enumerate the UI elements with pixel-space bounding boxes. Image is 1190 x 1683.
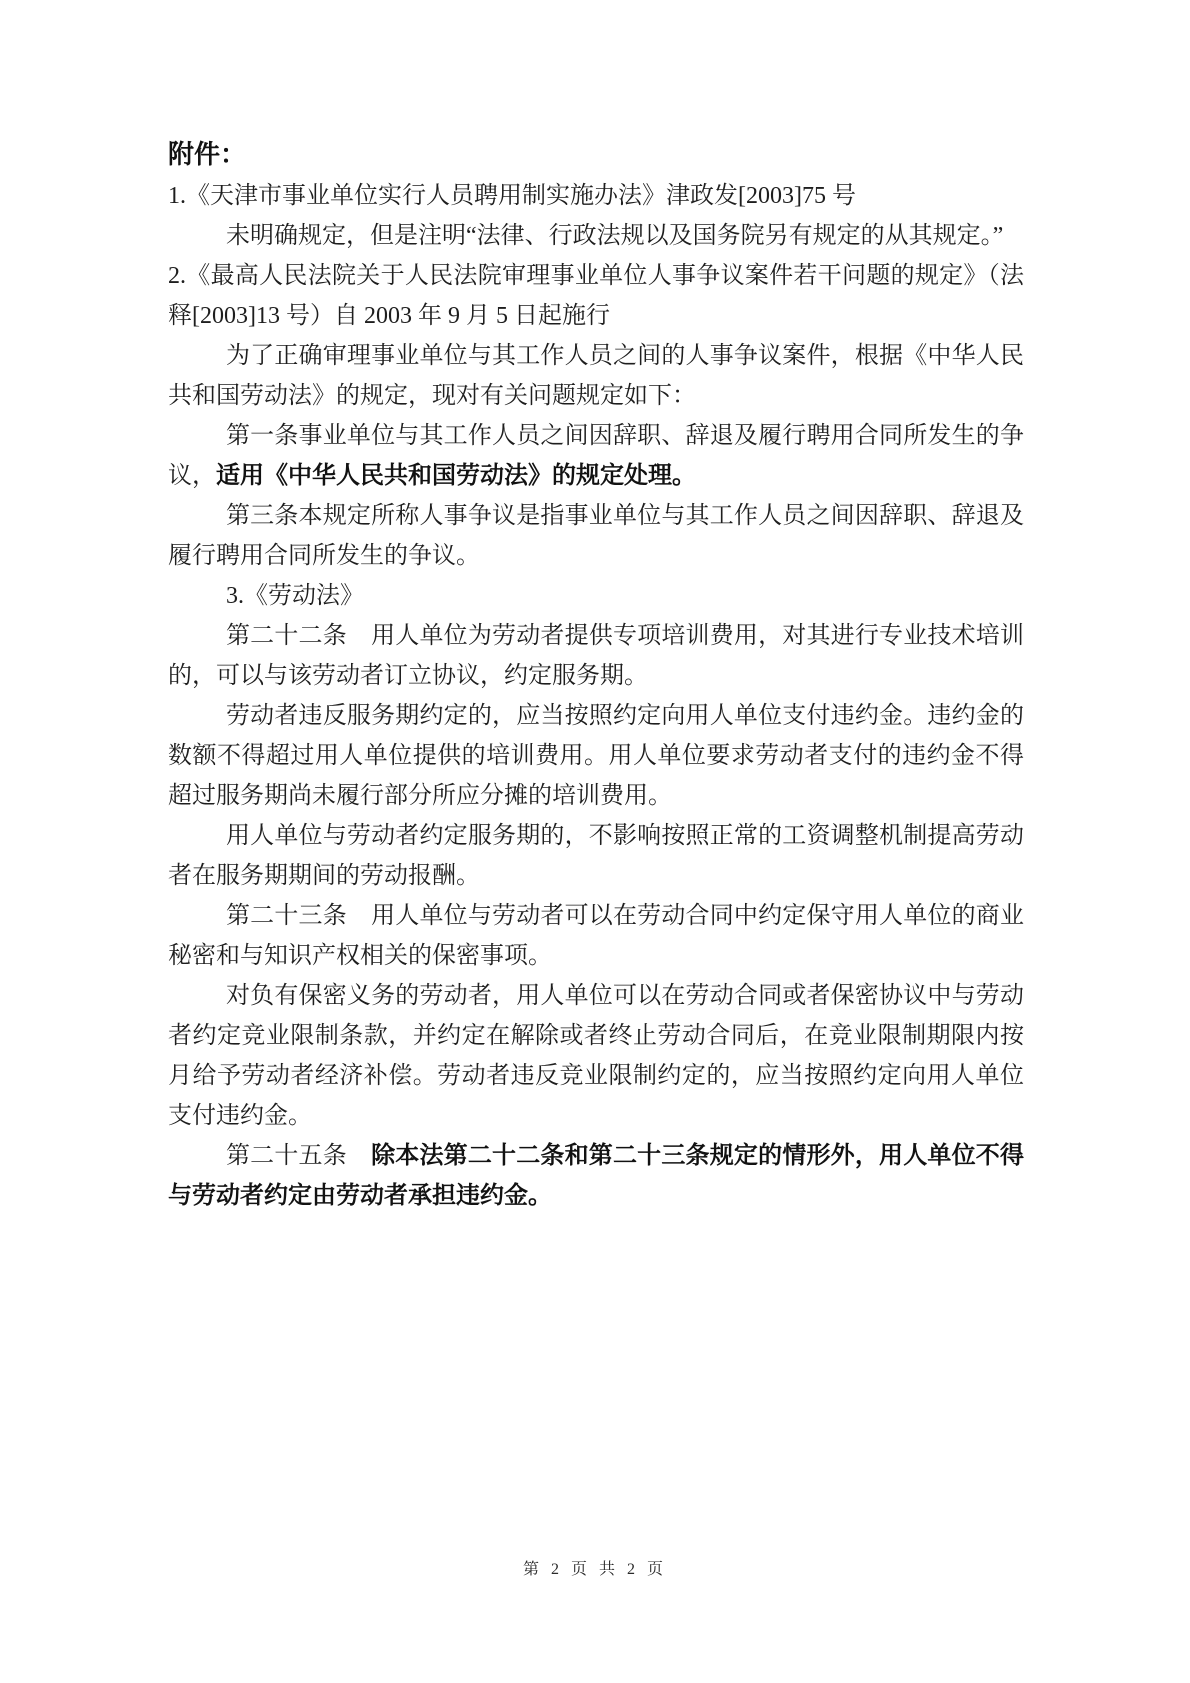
text-run: 2.《最高人民法院关于人民法院审理事业单位人事争议案件若干问题的规定》（法释[2… (168, 263, 1024, 329)
text-run: 第三条本规定所称人事争议是指事业单位与其工作人员之间因辞职、辞退及履行聘用合同所… (168, 503, 1024, 569)
paragraph: 第二十三条 用人单位与劳动者可以在劳动合同中约定保守用人单位的商业秘密和与知识产… (168, 896, 1024, 976)
document-title-paragraph: 附件： (168, 134, 1024, 176)
paragraph: 第三条本规定所称人事争议是指事业单位与其工作人员之间因辞职、辞退及履行聘用合同所… (168, 496, 1024, 576)
paragraph: 为了正确审理事业单位与其工作人员之间的人事争议案件，根据《中华人民共和国劳动法》… (168, 336, 1024, 416)
document-page: 附件：1.《天津市事业单位实行人员聘用制实施办法》津政发[2003]75 号未明… (0, 0, 1190, 1683)
paragraph: 第二十五条 除本法第二十二条和第二十三条规定的情形外，用人单位不得与劳动者约定由… (168, 1136, 1024, 1216)
paragraph: 未明确规定，但是注明“法律、行政法规以及国务院另有规定的从其规定。” (168, 216, 1024, 256)
document-body: 附件：1.《天津市事业单位实行人员聘用制实施办法》津政发[2003]75 号未明… (168, 134, 1024, 1216)
paragraph: 第一条事业单位与其工作人员之间因辞职、辞退及履行聘用合同所发生的争议，适用《中华… (168, 416, 1024, 496)
paragraph: 用人单位与劳动者约定服务期的，不影响按照正常的工资调整机制提高劳动者在服务期期间… (168, 816, 1024, 896)
text-run: 适用《中华人民共和国劳动法》的规定处理。 (216, 463, 696, 489)
text-run: 劳动者违反服务期约定的，应当按照约定向用人单位支付违约金。违约金的数额不得超过用… (168, 703, 1024, 809)
text-run: 3.《劳动法》 (226, 583, 364, 609)
text-run: 第二十三条 用人单位与劳动者可以在劳动合同中约定保守用人单位的商业秘密和与知识产… (168, 903, 1024, 969)
paragraph: 对负有保密义务的劳动者，用人单位可以在劳动合同或者保密协议中与劳动者约定竞业限制… (168, 976, 1024, 1136)
text-run: 第二十二条 用人单位为劳动者提供专项培训费用，对其进行专业技术培训的，可以与该劳… (168, 623, 1024, 689)
page-number-footer: 第 2 页 共 2 页 (0, 1556, 1190, 1579)
text-run: 附件： (168, 139, 246, 169)
text-run: 未明确规定，但是注明“法律、行政法规以及国务院另有规定的从其规定。” (226, 223, 1003, 249)
paragraph: 2.《最高人民法院关于人民法院审理事业单位人事争议案件若干问题的规定》（法释[2… (168, 256, 1024, 336)
paragraph: 第二十二条 用人单位为劳动者提供专项培训费用，对其进行专业技术培训的，可以与该劳… (168, 616, 1024, 696)
text-run: 对负有保密义务的劳动者，用人单位可以在劳动合同或者保密协议中与劳动者约定竞业限制… (168, 983, 1024, 1129)
text-run: 第二十五条 (226, 1143, 371, 1169)
text-run: 1.《天津市事业单位实行人员聘用制实施办法》津政发[2003]75 号 (168, 183, 856, 209)
paragraph: 3.《劳动法》 (168, 576, 1024, 616)
text-run: 为了正确审理事业单位与其工作人员之间的人事争议案件，根据《中华人民共和国劳动法》… (168, 343, 1024, 409)
text-run: 用人单位与劳动者约定服务期的，不影响按照正常的工资调整机制提高劳动者在服务期期间… (168, 823, 1024, 889)
paragraph: 劳动者违反服务期约定的，应当按照约定向用人单位支付违约金。违约金的数额不得超过用… (168, 696, 1024, 816)
paragraph: 1.《天津市事业单位实行人员聘用制实施办法》津政发[2003]75 号 (168, 176, 1024, 216)
